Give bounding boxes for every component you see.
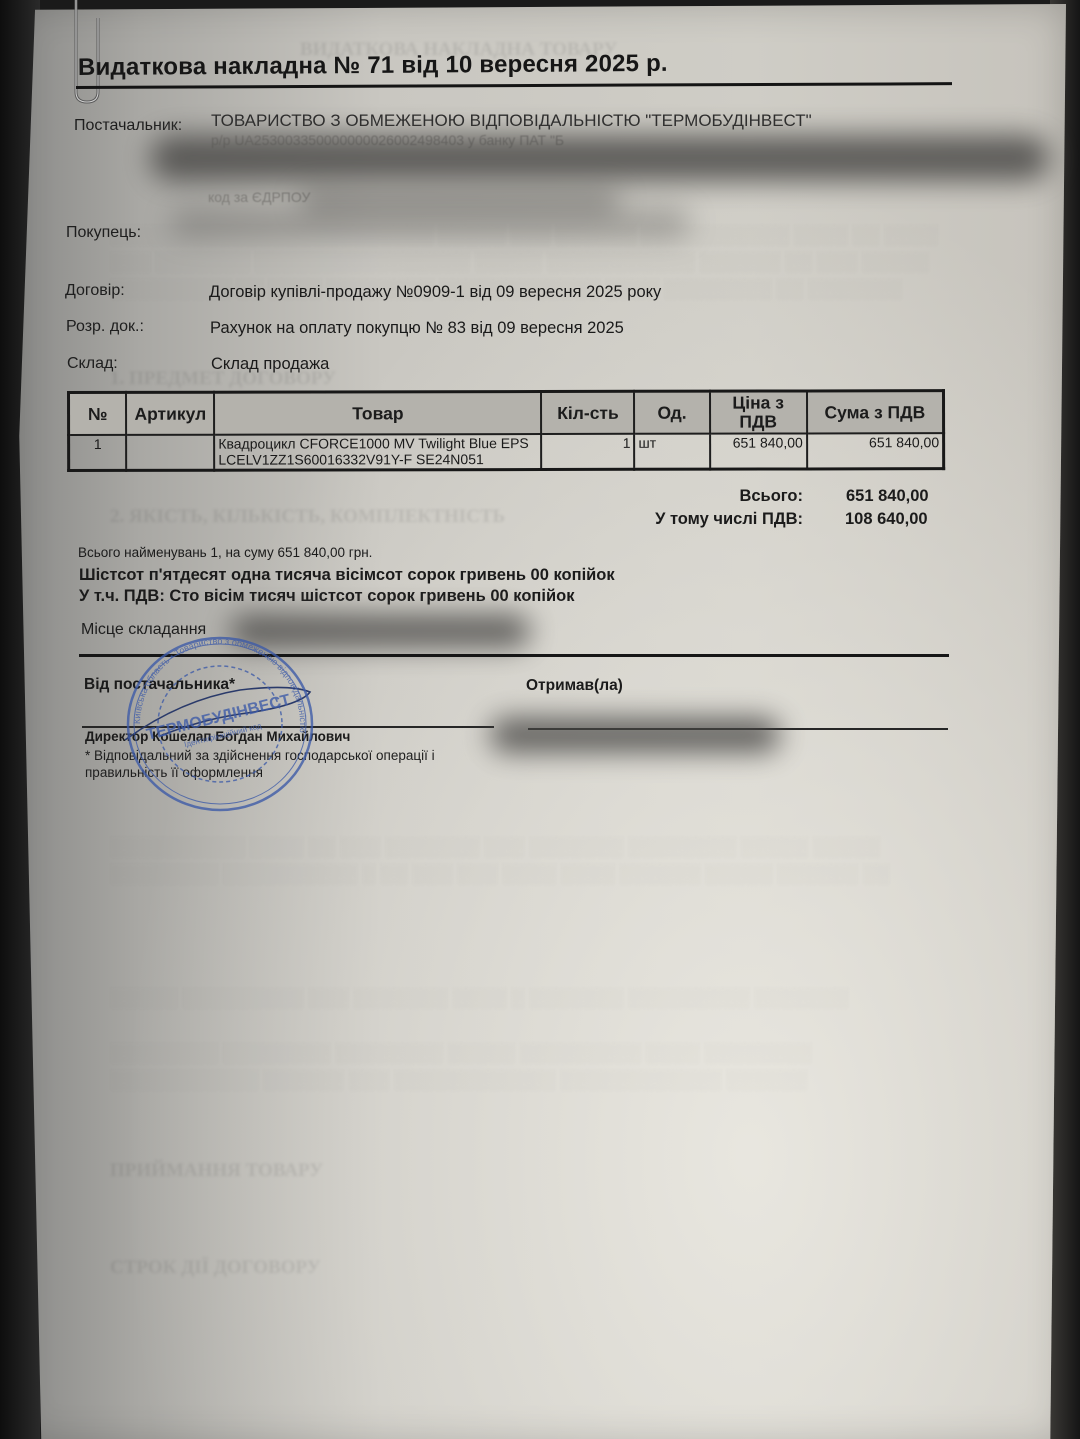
cell-sum: 651 840,00 bbox=[807, 433, 944, 469]
total-label: Всього: bbox=[503, 487, 803, 506]
payment-doc-value: Рахунок на оплату покупцю № 83 від 09 ве… bbox=[210, 319, 624, 338]
contract-label: Договір: bbox=[65, 282, 125, 300]
supplier-edrpou-label: код за ЄДРПОУ bbox=[208, 189, 310, 205]
table-row: 1 Квадроцикл CFORCE1000 MV Twilight Blue… bbox=[69, 433, 944, 470]
vat-in-words: У т.ч. ПДВ: Сто вісім тисяч шістсот соро… bbox=[79, 587, 574, 606]
vat-value: 108 640,00 bbox=[845, 510, 928, 529]
cell-unit: шт bbox=[634, 434, 709, 470]
redacted-receiver bbox=[490, 718, 780, 752]
warehouse-label: Склад: bbox=[67, 355, 118, 373]
warehouse-value: Склад продажа bbox=[211, 355, 329, 374]
redacted-supplier-details bbox=[150, 135, 1050, 181]
total-value: 651 840,00 bbox=[846, 487, 929, 506]
col-header-quantity: Кіл-сть bbox=[541, 391, 634, 434]
vat-label: У тому числі ПДВ: bbox=[503, 510, 803, 529]
col-header-product: Товар bbox=[214, 392, 541, 435]
cell-price: 651 840,00 bbox=[710, 433, 807, 469]
supplier-label: Постачальник: bbox=[74, 117, 182, 135]
company-stamp: Київська область • Товариство з обмежено… bbox=[122, 632, 318, 816]
amount-in-words: Шістсот п'ятдесят одна тисяча вісімсот с… bbox=[79, 566, 615, 585]
cell-quantity: 1 bbox=[542, 434, 635, 470]
cell-article bbox=[126, 435, 214, 471]
document-title: Видаткова накладна № 71 від 10 вересня 2… bbox=[78, 50, 668, 82]
contract-value: Договір купівлі-продажу №0909-1 від 09 в… bbox=[209, 283, 661, 302]
cell-number: 1 bbox=[69, 435, 127, 471]
items-summary: Всього найменувань 1, на суму 651 840,00… bbox=[78, 545, 372, 560]
col-header-article: Артикул bbox=[126, 392, 214, 435]
col-header-sum: Сума з ПДВ bbox=[807, 391, 944, 434]
col-header-number: № bbox=[69, 392, 127, 435]
product-name: Квадроцикл CFORCE1000 MV Twilight Blue E… bbox=[218, 435, 537, 452]
received-label: Отримав(ла) bbox=[526, 677, 623, 695]
supplier-name: ТОВАРИСТВО З ОБМЕЖЕНОЮ ВІДПОВІДАЛЬНІСТЮ … bbox=[211, 111, 812, 131]
buyer-label: Покупець: bbox=[66, 224, 141, 242]
items-table: № Артикул Товар Кіл-сть Од. Ціна з ПДВ С… bbox=[67, 389, 945, 472]
col-header-price: Ціна з ПДВ bbox=[710, 391, 807, 434]
redacted-buyer bbox=[170, 208, 690, 238]
payment-doc-label: Розр. док.: bbox=[66, 318, 144, 336]
col-header-unit: Од. bbox=[634, 391, 709, 434]
product-serial: LCELV1ZZ1S60016332V91Y-F SE24N051 bbox=[218, 451, 537, 468]
table-header-row: № Артикул Товар Кіл-сть Од. Ціна з ПДВ С… bbox=[69, 391, 944, 435]
cell-product: Квадроцикл CFORCE1000 MV Twilight Blue E… bbox=[214, 434, 541, 470]
